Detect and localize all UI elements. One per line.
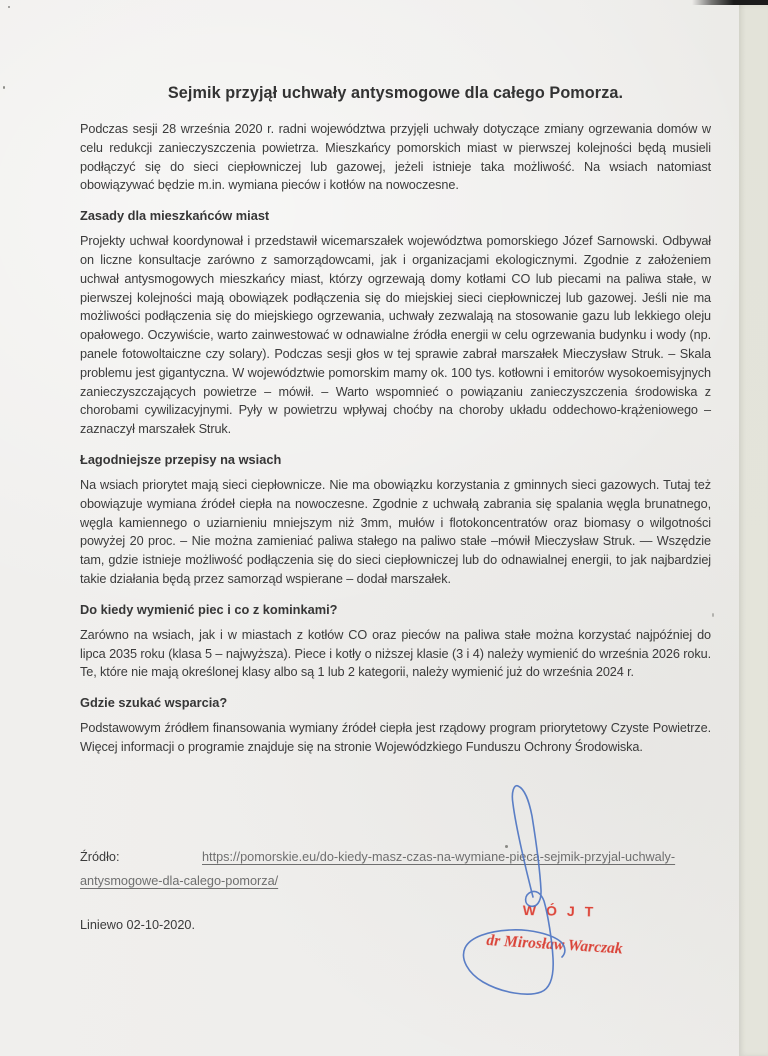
scan-speck xyxy=(505,845,508,848)
source-label: Źródło: xyxy=(80,845,202,869)
section-paragraph-deadlines: Zarówno na wsiach, jak i w miastach z ko… xyxy=(80,626,711,682)
scan-artifact-bar xyxy=(692,0,768,5)
scanned-document-page: Sejmik przyjął uchwały antysmogowe dla c… xyxy=(0,0,768,1056)
section-heading-city-rules: Zasady dla mieszkańców miast xyxy=(80,208,711,223)
source-link[interactable]: https://pomorskie.eu/do-kiedy-masz-czas-… xyxy=(202,850,675,864)
section-paragraph-village-rules: Na wsiach priorytet mają sieci ciepłowni… xyxy=(80,476,711,589)
intro-paragraph: Podczas sesji 28 września 2020 r. radni … xyxy=(80,120,711,195)
section-paragraph-city-rules: Projekty uchwał koordynował i przedstawi… xyxy=(80,232,711,439)
section-heading-support: Gdzie szukać wsparcia? xyxy=(80,695,711,710)
scan-edge-strip xyxy=(739,0,768,1056)
source-line: Źródło:https://pomorskie.eu/do-kiedy-mas… xyxy=(80,845,711,893)
document-title: Sejmik przyjął uchwały antysmogowe dla c… xyxy=(80,84,711,103)
scan-speck xyxy=(712,613,714,617)
scan-speck xyxy=(8,6,10,8)
signature-stroke xyxy=(464,786,565,994)
scan-speck xyxy=(3,86,5,89)
place-date: Liniewo 02-10-2020. xyxy=(80,918,195,932)
section-paragraph-support: Podstawowym źródłem finansowania wymiany… xyxy=(80,719,711,757)
section-heading-deadlines: Do kiedy wymienić piec i co z kominkami? xyxy=(80,602,711,617)
handwritten-signature-ink xyxy=(440,772,590,1010)
source-link-continuation[interactable]: antysmogowe-dla-calego-pomorza/ xyxy=(80,874,278,888)
section-heading-village-rules: Łagodniejsze przepisy na wsiach xyxy=(80,452,711,467)
document-body: Sejmik przyjął uchwały antysmogowe dla c… xyxy=(80,84,711,766)
